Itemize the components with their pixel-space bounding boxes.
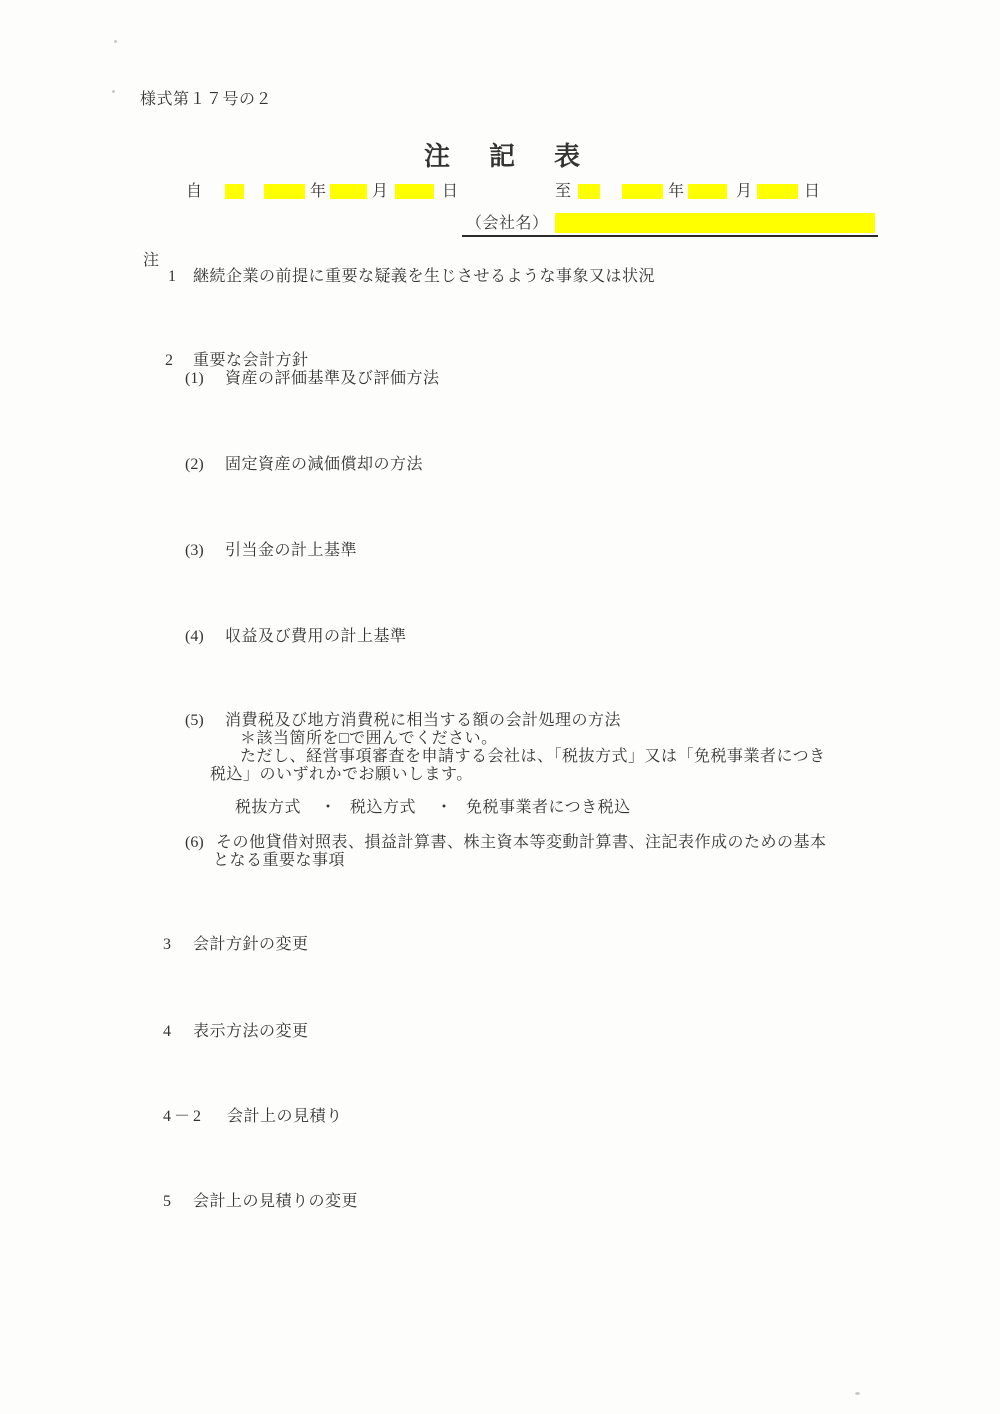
option-tax-included[interactable]: 税込方式 (350, 798, 416, 817)
option-tax-excluded[interactable]: 税抜方式 (235, 798, 301, 817)
period-to-era-field[interactable] (578, 184, 600, 199)
period-from-year-label: 年 (310, 182, 327, 201)
page-title: 注 記 表 (424, 136, 580, 173)
item2-sub2-text: 固定資産の減価償却の方法 (225, 455, 423, 474)
item2-sub6-line2: となる重要な事項 (213, 851, 345, 870)
item2-sub5-number: (5) (185, 711, 204, 730)
period-from-month-field[interactable] (330, 184, 367, 199)
item4-text: 表示方法の変更 (193, 1022, 309, 1041)
period-from-label: 自 (186, 182, 203, 201)
item2-sub5-note2: ただし、経営事項審査を申請する会社は、「税抜方式」又は「免税事業者につき (240, 747, 826, 766)
item3-text: 会計方針の変更 (193, 935, 309, 954)
page-title-char: 記 (489, 136, 515, 173)
period-from-month-label: 月 (372, 182, 389, 201)
period-to-day-field[interactable] (757, 184, 798, 199)
page-title-char: 表 (554, 136, 580, 173)
period-to-month-field[interactable] (688, 184, 727, 199)
item4-number: 4 (163, 1022, 171, 1041)
item2-number: 2 (165, 351, 173, 370)
period-to-day-label: 日 (804, 182, 821, 201)
period-from-year-field[interactable] (264, 184, 305, 199)
item2-sub4-text: 収益及び費用の計上基準 (225, 627, 407, 646)
period-from-era-field[interactable] (225, 184, 244, 199)
item4-2-text: 会計上の見積り (227, 1107, 343, 1126)
period-to-label: 至 (555, 182, 572, 201)
option-tax-exempt[interactable]: 免税事業者につき税込 (466, 798, 631, 817)
notes-form-page: 様式第１７号の２ 注 記 表 自 年 月 日 至 年 月 日 （会社名） 注 1… (0, 0, 1000, 1414)
item2-sub3-number: (3) (185, 541, 204, 560)
period-to-year-field[interactable] (622, 184, 663, 199)
item5-text: 会計上の見積りの変更 (193, 1192, 358, 1211)
item2-text: 重要な会計方針 (193, 351, 309, 370)
item2-sub5-text: 消費税及び地方消費税に相当する額の会計処理の方法 (225, 711, 621, 730)
scan-speck (855, 1392, 860, 1395)
item1-number: 1 (168, 267, 176, 286)
item2-sub3-text: 引当金の計上基準 (225, 541, 357, 560)
option-separator-dot: ・ (320, 798, 337, 817)
item5-number: 5 (163, 1192, 171, 1211)
period-from-day-field[interactable] (395, 184, 434, 199)
item2-sub5-note3: 税込」のいずれかでお願いします。 (210, 765, 473, 784)
company-name-label: （会社名） (466, 214, 549, 233)
page-title-char: 注 (424, 136, 450, 173)
period-to-month-label: 月 (736, 182, 753, 201)
item4-2-number: 4－2 (163, 1107, 204, 1126)
option-separator-dot: ・ (436, 798, 453, 817)
item2-sub1-text: 資産の評価基準及び評価方法 (225, 369, 440, 388)
scan-speck (114, 40, 117, 43)
item1-text: 継続企業の前提に重要な疑義を生じさせるような事象又は状況 (193, 267, 655, 286)
item2-sub1-number: (1) (185, 369, 204, 388)
scan-speck (112, 90, 115, 93)
item2-sub4-number: (4) (185, 627, 204, 646)
item3-number: 3 (163, 935, 171, 954)
item2-sub6-number: (6) (185, 833, 204, 852)
form-number: 様式第１７号の２ (140, 90, 272, 109)
company-name-field[interactable] (555, 213, 875, 233)
period-to-year-label: 年 (668, 182, 685, 201)
item2-sub2-number: (2) (185, 455, 204, 474)
period-from-day-label: 日 (442, 182, 459, 201)
notes-header: 注 (143, 251, 160, 270)
item2-sub6-line1: その他貸借対照表、損益計算書、株主資本等変動計算書、注記表作成のための基本 (216, 833, 827, 852)
item2-sub5-note1: ＊該当箇所を□で囲んでください。 (240, 729, 498, 748)
